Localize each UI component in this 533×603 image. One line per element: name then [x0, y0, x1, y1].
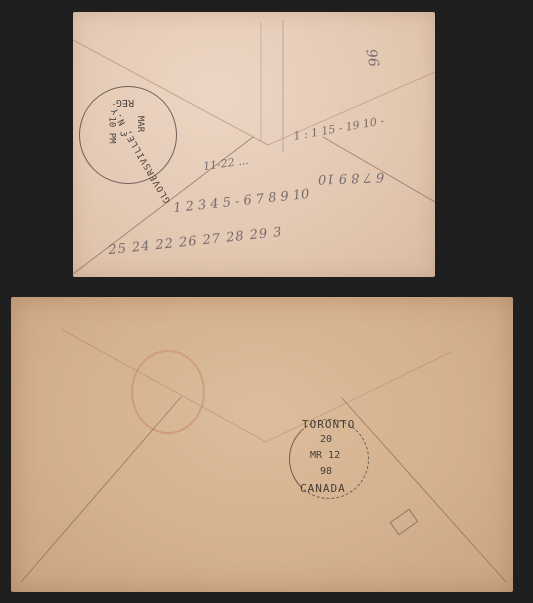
postmark-month-day: MR 12	[310, 450, 340, 461]
envelope-flap-lines	[11, 297, 513, 592]
faint-red-postmark	[131, 350, 205, 434]
top-envelope-back: REG MAR 3 10 PM GLOVERSVILLE, N.Y. illeg…	[73, 12, 435, 277]
postmark-country: CANADA	[300, 482, 346, 495]
gloversville-postmark: REG MAR 3 10 PM GLOVERSVILLE, N.Y.	[79, 86, 177, 184]
bottom-envelope-back: TORONTO 20 MR 12 98 CANADA	[11, 297, 513, 592]
toronto-postmark: TORONTO 20 MR 12 98 CANADA	[289, 419, 369, 499]
pencil-row-3: 6 7 8 9 10	[318, 169, 385, 186]
postmark-month: MAR	[135, 116, 145, 132]
pencil-corner-number: 96	[362, 48, 381, 68]
postmark-year: 98	[320, 466, 332, 477]
postmark-time: 20	[320, 434, 332, 445]
postmark-city: TORONTO	[302, 418, 355, 431]
